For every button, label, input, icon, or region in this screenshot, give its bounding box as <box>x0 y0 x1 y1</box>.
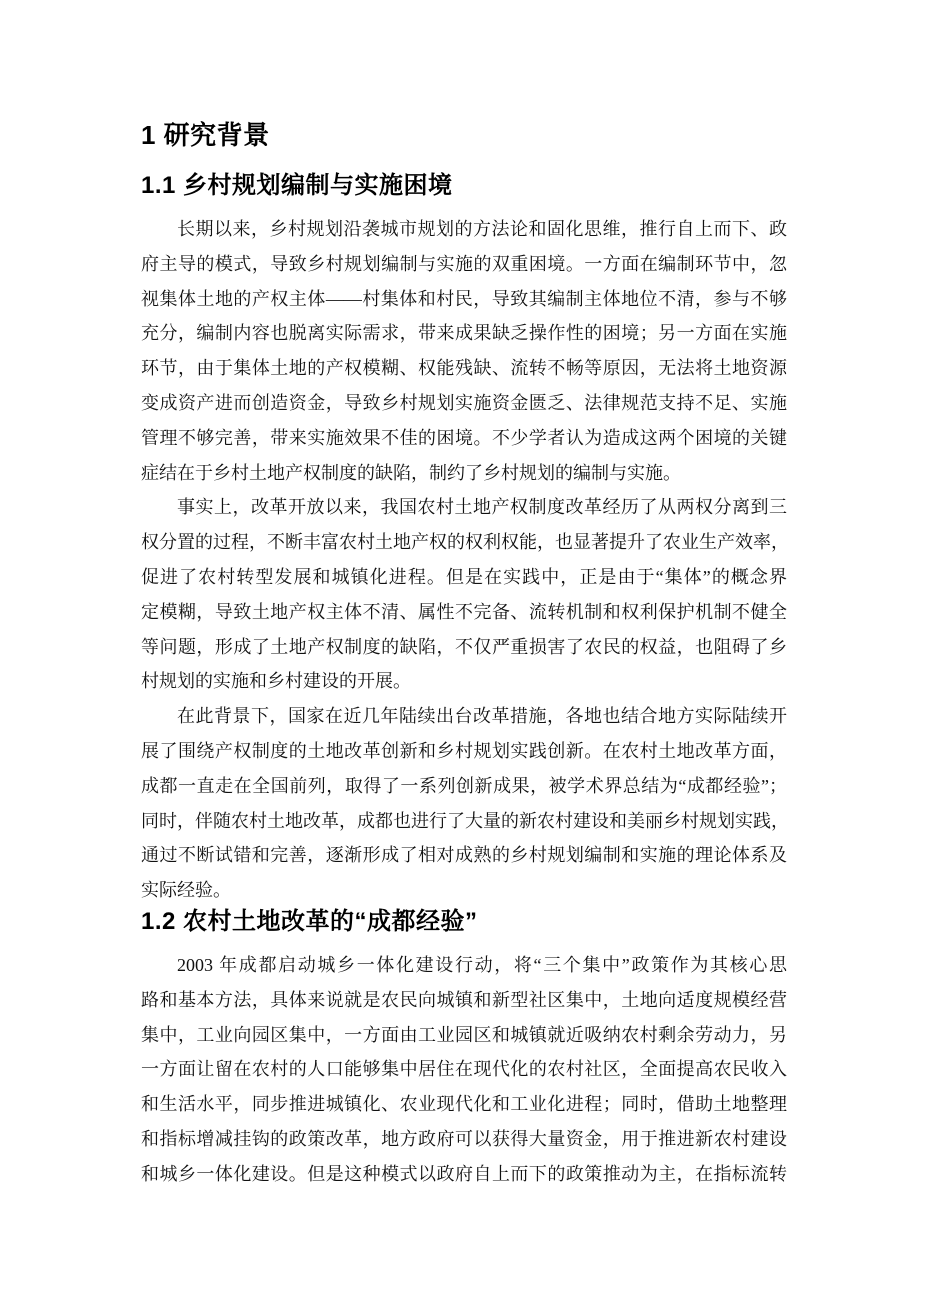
paragraph-line: 府主导的模式，导致乡村规划编制与实施的双重困境。一方面在编制环节中，忽 <box>141 247 787 282</box>
paragraph-line: 长期以来，乡村规划沿袭城市规划的方法论和固化思维，推行自上而下、政 <box>141 212 787 247</box>
paragraph-line: 等问题，形成了土地产权制度的缺陷，不仅严重损害了农民的权益，也阻碍了乡 <box>141 630 787 665</box>
paragraph-1: 长期以来，乡村规划沿袭城市规划的方法论和固化思维，推行自上而下、政 府主导的模式… <box>141 212 787 490</box>
paragraph-line: 2003 年成都启动城乡一体化建设行动，将“三个集中”政策作为其核心思 <box>141 948 787 983</box>
paragraph-line: 和生活水平，同步推进城镇化、农业现代化和工业化进程；同时，借助土地整理 <box>141 1087 787 1122</box>
paragraph-line: 和城乡一体化建设。但是这种模式以政府自上而下的政策推动为主，在指标流转 <box>141 1157 787 1192</box>
section-heading-1-1: 1.1 乡村规划编制与实施困境 <box>141 172 787 199</box>
paragraph-line: 实际经验。 <box>141 873 787 908</box>
paragraph-line: 在此背景下，国家在近几年陆续出台改革措施，各地也结合地方实际陆续开 <box>141 699 787 734</box>
paragraph-line: 促进了农村转型发展和城镇化进程。但是在实践中，正是由于“集体”的概念界 <box>141 560 787 595</box>
paragraph-line: 视集体土地的产权主体——村集体和村民，导致其编制主体地位不清，参与不够 <box>141 282 787 317</box>
paragraph-2: 事实上，改革开放以来，我国农村土地产权制度改革经历了从两权分离到三 权分置的过程… <box>141 490 787 699</box>
paragraph-4: 2003 年成都启动城乡一体化建设行动，将“三个集中”政策作为其核心思 路和基本… <box>141 948 787 1192</box>
section-heading-1: 1 研究背景 <box>141 121 787 150</box>
paragraph-line: 充分，编制内容也脱离实际需求，带来成果缺乏操作性的困境；另一方面在实施 <box>141 316 787 351</box>
document-page: 1 研究背景 1.1 乡村规划编制与实施困境 长期以来，乡村规划沿袭城市规划的方… <box>0 0 926 1309</box>
paragraph-line: 管理不够完善，带来实施效果不佳的困境。不少学者认为造成这两个困境的关键 <box>141 421 787 456</box>
paragraph-3: 在此背景下，国家在近几年陆续出台改革措施，各地也结合地方实际陆续开 展了围绕产权… <box>141 699 787 908</box>
paragraph-line: 权分置的过程，不断丰富农村土地产权的权利权能，也显著提升了农业生产效率， <box>141 525 787 560</box>
paragraph-line: 通过不断试错和完善，逐渐形成了相对成熟的乡村规划编制和实施的理论体系及 <box>141 838 787 873</box>
paragraph-line: 同时，伴随农村土地改革，成都也进行了大量的新农村建设和美丽乡村规划实践， <box>141 804 787 839</box>
paragraph-line: 症结在于乡村土地产权制度的缺陷，制约了乡村规划的编制与实施。 <box>141 456 787 491</box>
paragraph-line: 环节，由于集体土地的产权模糊、权能残缺、流转不畅等原因，无法将土地资源 <box>141 351 787 386</box>
paragraph-line: 村规划的实施和乡村建设的开展。 <box>141 664 787 699</box>
paragraph-line: 事实上，改革开放以来，我国农村土地产权制度改革经历了从两权分离到三 <box>141 490 787 525</box>
paragraph-line: 路和基本方法，具体来说就是农民向城镇和新型社区集中，土地向适度规模经营 <box>141 983 787 1018</box>
paragraph-line: 和指标增减挂钩的政策改革，地方政府可以获得大量资金，用于推进新农村建设 <box>141 1122 787 1157</box>
paragraph-line: 成都一直走在全国前列，取得了一系列创新成果，被学术界总结为“成都经验”； <box>141 769 787 804</box>
paragraph-line: 定模糊，导致土地产权主体不清、属性不完备、流转机制和权利保护机制不健全 <box>141 595 787 630</box>
paragraph-line: 展了围绕产权制度的土地改革创新和乡村规划实践创新。在农村土地改革方面， <box>141 734 787 769</box>
paragraph-line: 集中，工业向园区集中，一方面由工业园区和城镇就近吸纳农村剩余劳动力，另 <box>141 1018 787 1053</box>
section-heading-1-2: 1.2 农村土地改革的“成都经验” <box>141 908 787 936</box>
document-content: 1 研究背景 1.1 乡村规划编制与实施困境 长期以来，乡村规划沿袭城市规划的方… <box>0 121 926 1192</box>
paragraph-line: 变成资产进而创造资金，导致乡村规划实施资金匮乏、法律规范支持不足、实施 <box>141 386 787 421</box>
paragraph-line: 一方面让留在农村的人口能够集中居住在现代化的农村社区，全面提高农民收入 <box>141 1052 787 1087</box>
